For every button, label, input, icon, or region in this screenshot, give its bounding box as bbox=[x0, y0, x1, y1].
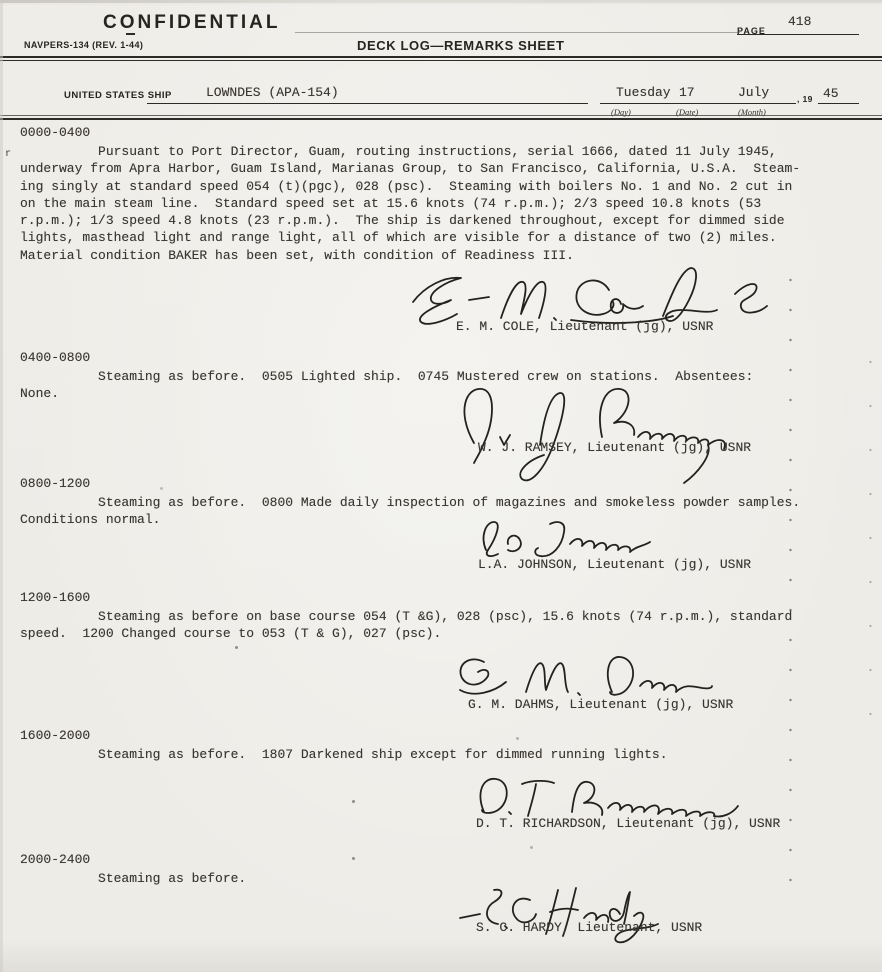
ship-label: UNITED STATES SHIP bbox=[64, 90, 172, 101]
year-value: 45 bbox=[823, 85, 839, 102]
header-double-rule-bottom bbox=[0, 60, 882, 61]
date-underline bbox=[600, 103, 796, 104]
ink-speck bbox=[235, 646, 238, 649]
form-number: NAVPERS-134 (REV. 1-44) bbox=[24, 40, 143, 50]
year-prefix: , 19 bbox=[797, 94, 813, 104]
watch-time-range: 1600-2000 bbox=[20, 727, 90, 744]
ship-name-underline bbox=[147, 103, 588, 104]
page-number-underline bbox=[737, 34, 859, 35]
watch-remarks: Steaming as before on base course 054 (T… bbox=[20, 608, 792, 643]
classification-stamp: CONFIDENTIAL bbox=[103, 12, 280, 34]
year-underline bbox=[818, 103, 859, 104]
signature-typed: E. M. COLE, Lieutenant (jg), USNR bbox=[456, 318, 713, 335]
signature-script-dahms bbox=[450, 650, 715, 702]
classification-underline-mark bbox=[126, 33, 135, 35]
signature-typed: W. J. RAMSEY, Lieutenant (jg), USNR bbox=[478, 439, 751, 456]
deck-log-remarks-sheet: CONFIDENTIAL NAVPERS-134 (REV. 1-44) DEC… bbox=[0, 0, 882, 972]
watch-remarks: Steaming as before. 0800 Made daily insp… bbox=[20, 494, 800, 529]
watch-time-range: 0800-1200 bbox=[20, 475, 90, 492]
section-heavy-rule bbox=[0, 118, 882, 120]
signature-typed: D. T. RICHARDSON, Lieutenant (jg), USNR bbox=[476, 815, 780, 832]
watch-time-range: 1200-1600 bbox=[20, 589, 90, 606]
section-heavy-rule-thin bbox=[0, 115, 882, 116]
ink-speck bbox=[530, 846, 533, 849]
ink-speck bbox=[516, 737, 519, 740]
ink-speck bbox=[352, 800, 355, 803]
page-number: 418 bbox=[788, 13, 811, 30]
perforation-dots-column bbox=[789, 265, 792, 905]
signature-typed: L.A. JOHNSON, Lieutenant (jg), USNR bbox=[478, 556, 751, 573]
watch-remarks: Pursuant to Port Director, Guam, routing… bbox=[20, 143, 800, 264]
edge-dots-column bbox=[869, 340, 872, 730]
signature-script-hardy bbox=[458, 884, 663, 946]
signature-script-ramsey bbox=[452, 381, 737, 487]
date-month: July bbox=[738, 84, 769, 101]
watch-remarks: Steaming as before. 1807 Darkened ship e… bbox=[20, 746, 668, 763]
ink-speck bbox=[352, 857, 355, 860]
form-title: DECK LOG—REMARKS SHEET bbox=[357, 38, 565, 53]
header-double-rule-top bbox=[0, 56, 882, 58]
watch-time-range: 0000-0400 bbox=[20, 124, 90, 141]
date-number: 17 bbox=[679, 84, 695, 101]
ink-speck bbox=[160, 487, 163, 490]
watch-time-range: 2000-2400 bbox=[20, 851, 90, 868]
watch-remarks: Steaming as before. bbox=[20, 870, 246, 887]
stray-pencil-mark: r bbox=[5, 146, 11, 163]
scan-line-artifact bbox=[295, 32, 740, 33]
date-day: Tuesday bbox=[616, 84, 671, 101]
signature-typed: G. M. DAHMS, Lieutenant (jg), USNR bbox=[468, 696, 733, 713]
watch-time-range: 0400-0800 bbox=[20, 349, 90, 366]
signature-typed: S. C. HARDY, Lieutenant, USNR bbox=[476, 919, 702, 936]
ship-name: LOWNDES (APA-154) bbox=[206, 84, 339, 101]
